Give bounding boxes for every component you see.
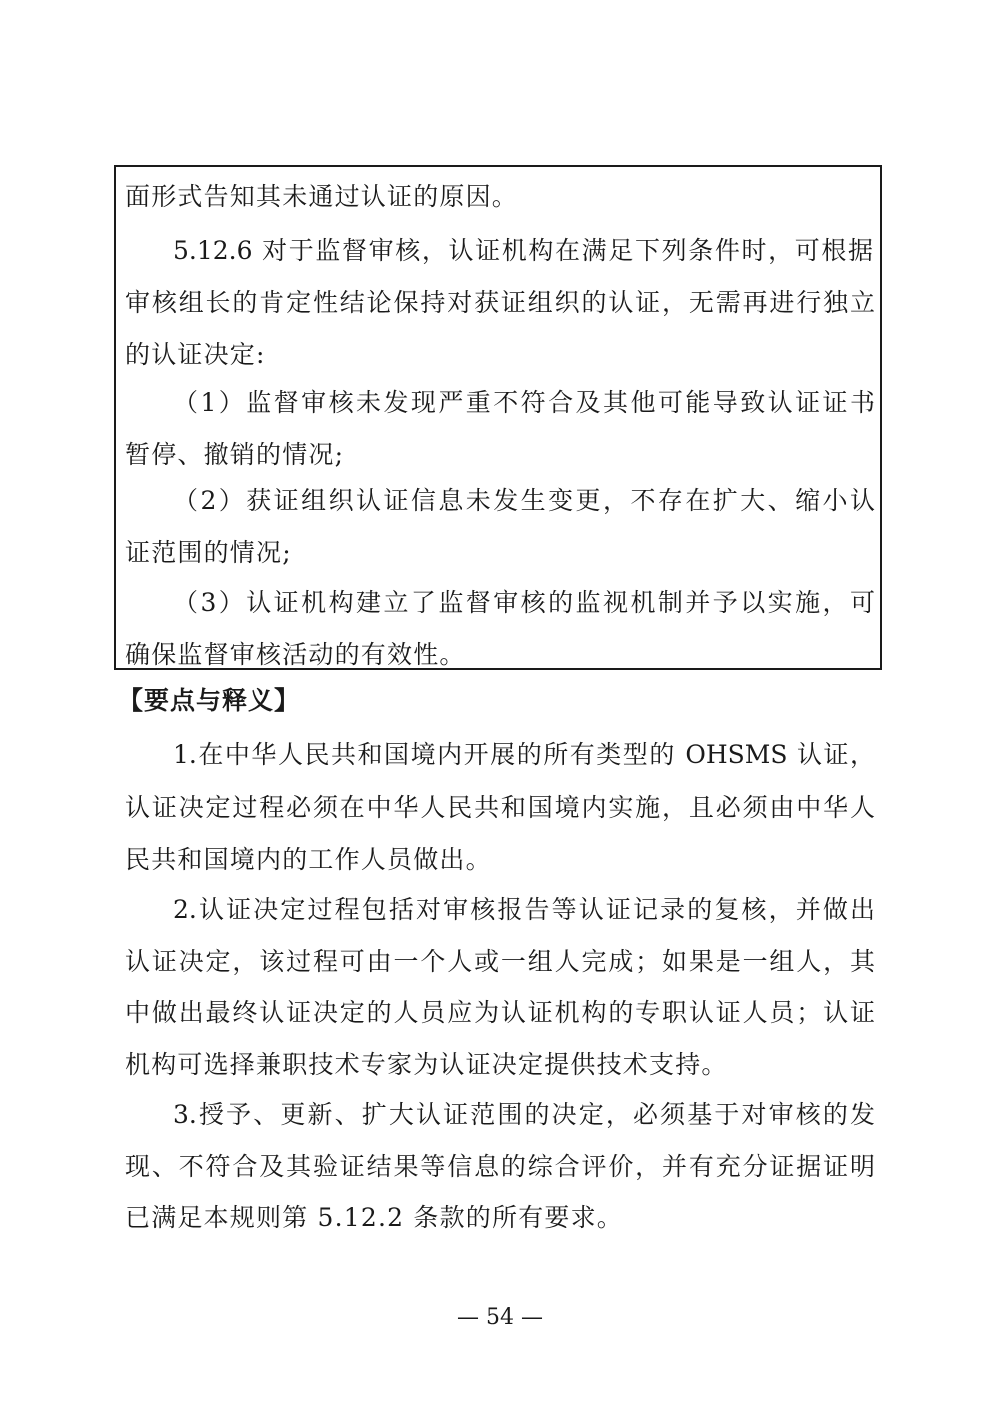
point-3-line-3: 已满足本规则第 5.12.2 条款的所有要求。 (125, 1203, 623, 1233)
condition-1-line-2: 暂停、撤销的情况; (125, 440, 344, 470)
point-1-line-3: 民共和国境内的工作人员做出。 (125, 845, 492, 875)
point-2-line-2: 认证决定，该过程可由一个人或一组人完成；如果是一组人，其 (125, 947, 875, 977)
page-number: — 54 — (0, 1305, 1000, 1331)
point-2-line-4: 机构可选择兼职技术专家为认证决定提供技术支持。 (125, 1050, 728, 1080)
point-2-line-1: 2.认证决定过程包括对审核报告等认证记录的复核，并做出 (173, 895, 875, 925)
condition-2-line-2: 证范围的情况; (125, 538, 292, 568)
point-3-line-2: 现、不符合及其验证结果等信息的综合评价，并有充分证据证明 (125, 1152, 875, 1182)
point-1-line-1: 1.在中华人民共和国境内开展的所有类型的 OHSMS 认证， (173, 740, 875, 770)
point-2-line-3: 中做出最终认证决定的人员应为认证机构的专职认证人员；认证 (125, 998, 875, 1028)
boxed-line-1: 面形式告知其未通过认证的原因。 (125, 182, 518, 212)
condition-1-line-1: （1）监督审核未发现严重不符合及其他可能导致认证证书 (173, 388, 875, 418)
condition-2-line-1: （2）获证组织认证信息未发生变更，不存在扩大、缩小认 (173, 486, 875, 516)
clause-5-12-6-line-2: 审核组长的肯定性结论保持对获证组织的认证，无需再进行独立 (125, 288, 875, 318)
section-heading: 【要点与释义】 (118, 686, 300, 716)
condition-3-line-1: （3）认证机构建立了监督审核的监视机制并予以实施，可 (173, 588, 875, 618)
condition-3-line-2: 确保监督审核活动的有效性。 (125, 640, 466, 670)
point-1-line-2: 认证决定过程必须在中华人民共和国境内实施，且必须由中华人 (125, 793, 875, 823)
clause-5-12-6-line-3: 的认证决定: (125, 340, 266, 370)
point-3-line-1: 3.授予、更新、扩大认证范围的决定，必须基于对审核的发 (173, 1100, 875, 1130)
clause-5-12-6-line-1: 5.12.6 对于监督审核，认证机构在满足下列条件时，可根据 (173, 236, 873, 266)
